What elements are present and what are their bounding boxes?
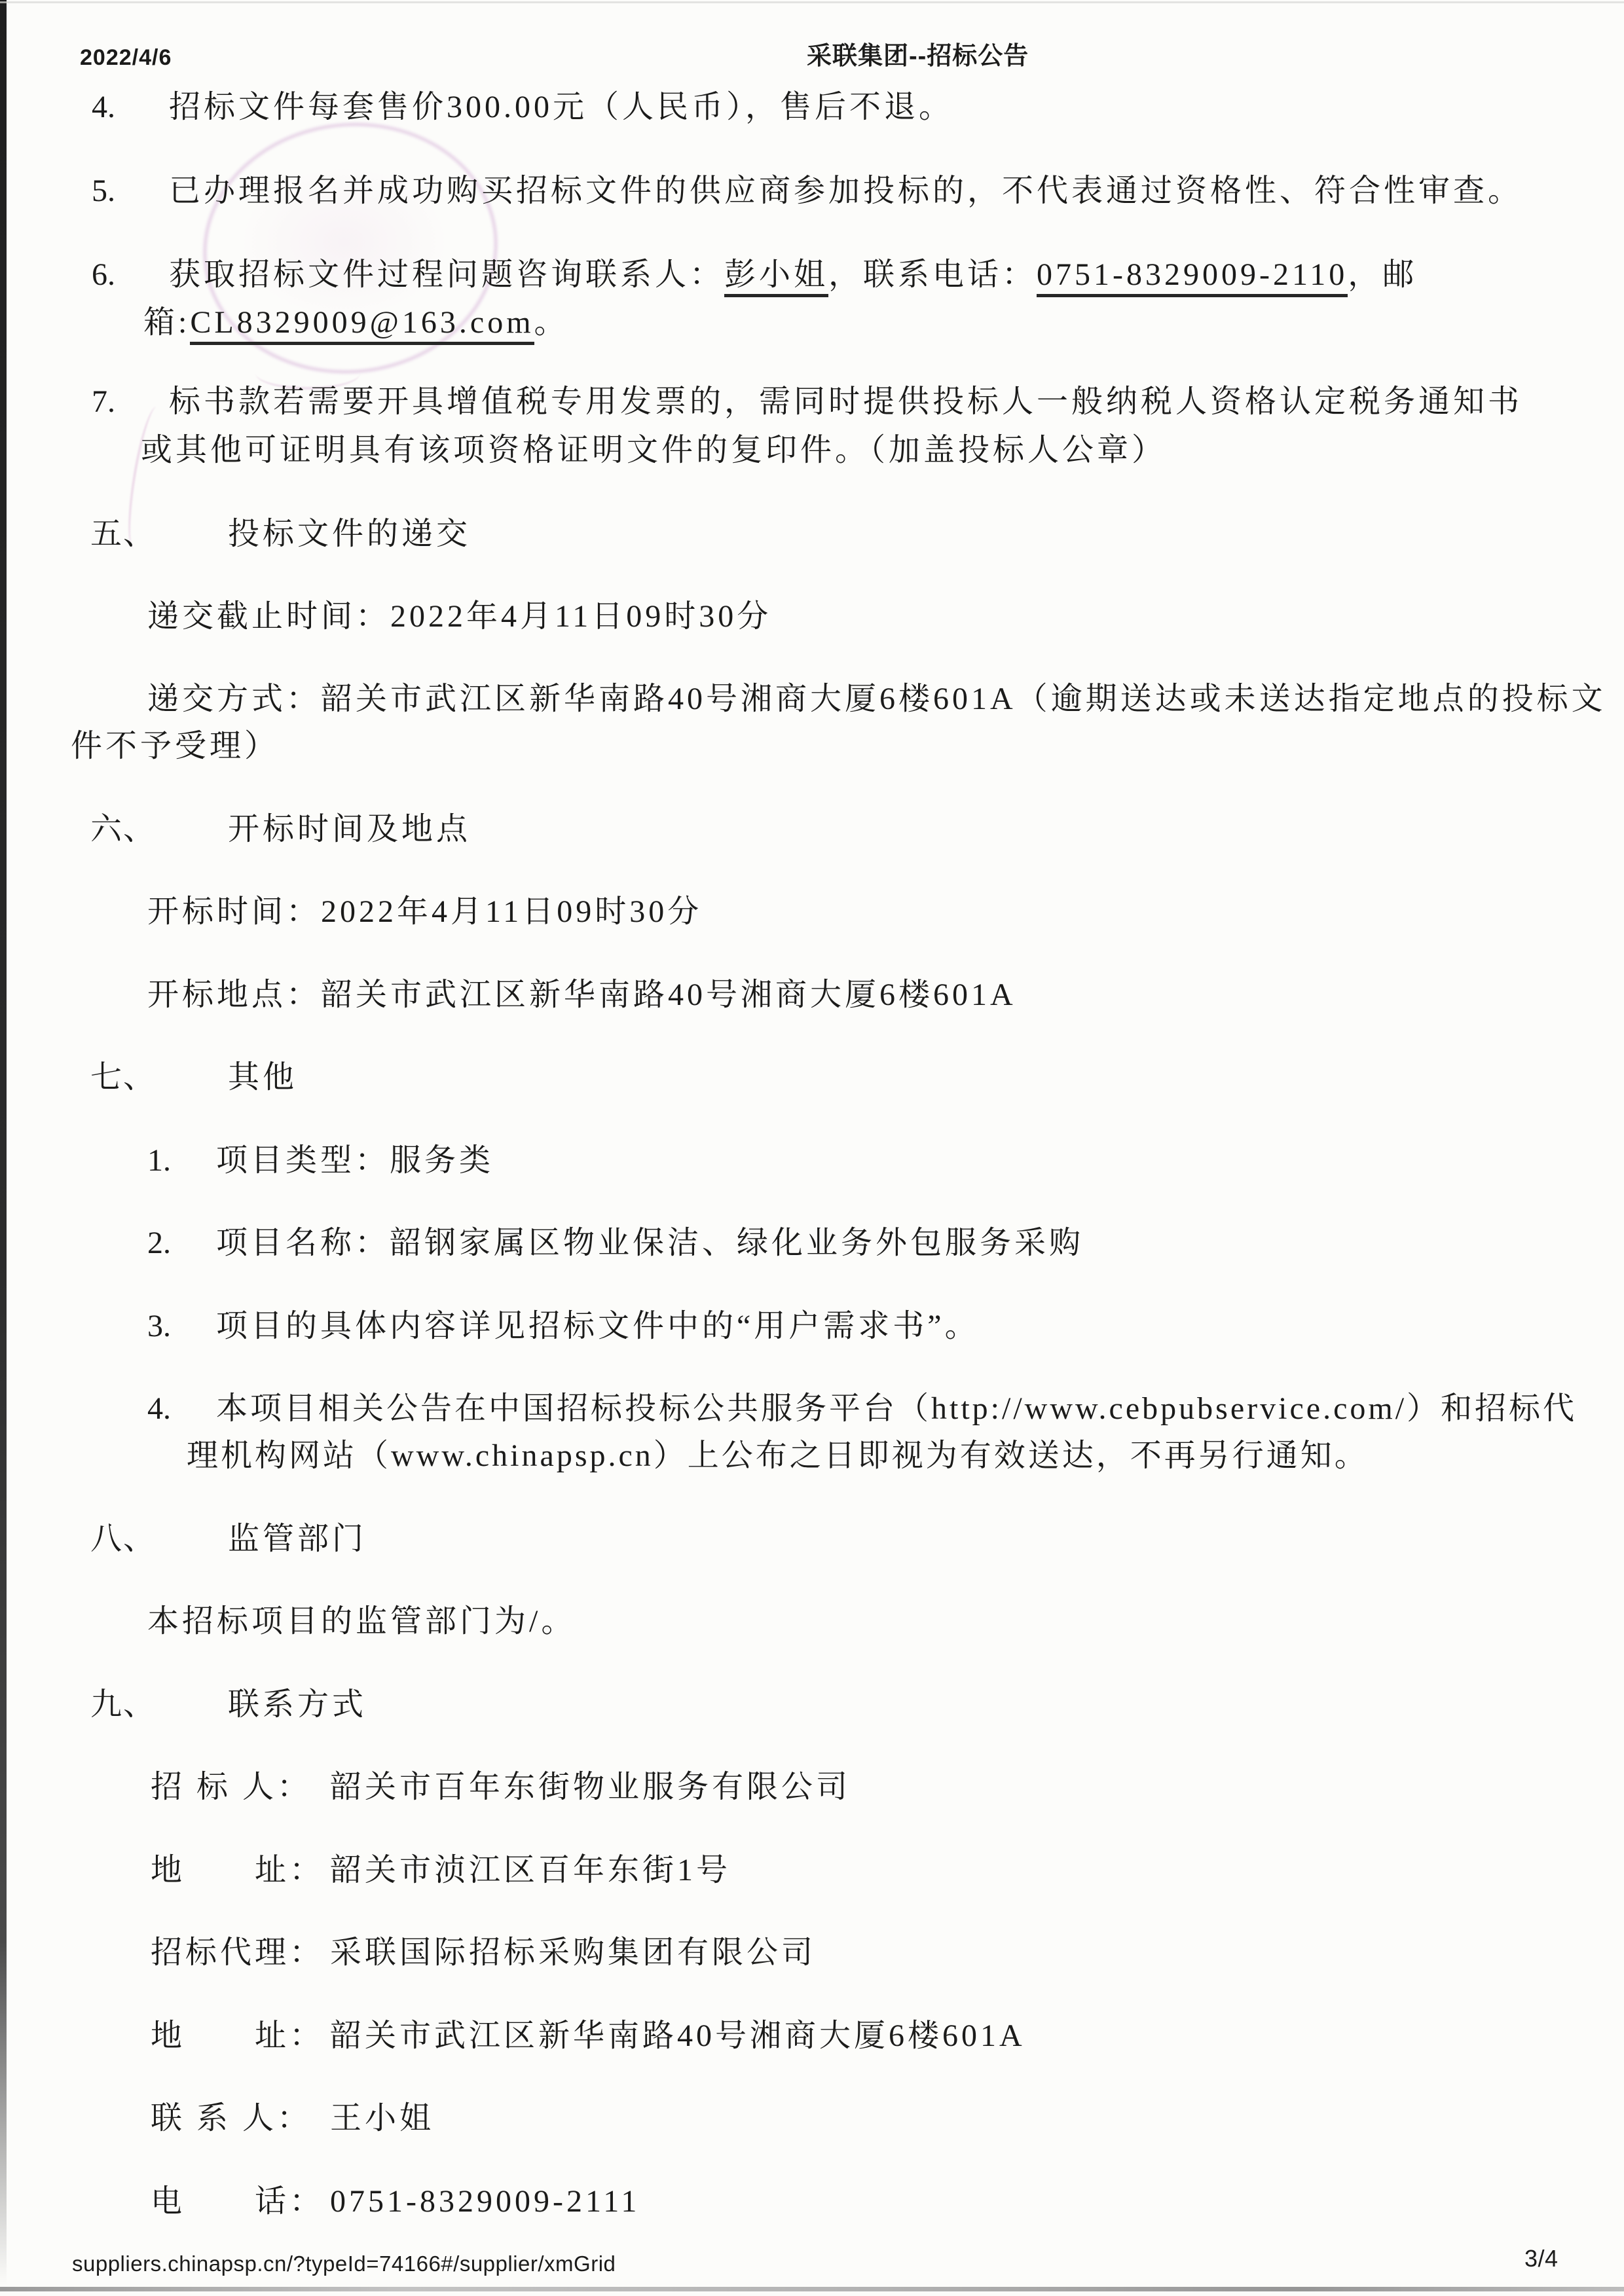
supervising-department-note: 本招标项目的监管部门为/。 bbox=[147, 1602, 576, 1641]
item-text: 项目类型：服务类 bbox=[216, 1143, 494, 1178]
item-text: 招标文件每套售价300.00元（人民币），售后不退。 bbox=[169, 90, 953, 124]
contact-value: 王小姐 bbox=[330, 2101, 434, 2136]
contact-label: 招 标 人： bbox=[151, 1768, 330, 1807]
section-title: 联系方式 bbox=[228, 1687, 367, 1722]
item-number: 3. bbox=[147, 1307, 216, 1346]
submission-method-line-2: 件不予受理） bbox=[71, 727, 279, 766]
contact-value: 采联国际招标采购集团有限公司 bbox=[330, 1935, 816, 1970]
bid-opening-time: 开标时间：2022年4月11日09时30分 bbox=[147, 892, 702, 932]
phone-number-underlined: 0751-8329009-2110 bbox=[1037, 257, 1348, 297]
email-underlined: CL8329009@163.com bbox=[190, 305, 534, 345]
contact-value: 韶关市百年东街物业服务有限公司 bbox=[330, 1770, 851, 1804]
section-title: 监管部门 bbox=[228, 1522, 367, 1556]
contact-row-person: 联 系 人：王小姐 bbox=[151, 2099, 434, 2138]
section-7-heading: 七、其他 bbox=[90, 1058, 297, 1097]
item-text: 。 bbox=[534, 305, 569, 340]
item-text: 已办理报名并成功购买招标文件的供应商参加投标的，不代表通过资格性、符合性审查。 bbox=[169, 173, 1522, 208]
contact-label: 地 址： bbox=[151, 2016, 330, 2056]
item-text: 项目名称：韶钢家属区物业保洁、绿化业务外包服务采购 bbox=[216, 1226, 1084, 1260]
sub-item-4-line-2: 理机构网站（www.chinapsp.cn）上公布之日即视为有效送达，不再另行通… bbox=[187, 1436, 1369, 1476]
note-item-6-line-2: 箱:CL8329009@163.com。 bbox=[143, 303, 569, 342]
note-item-7-line-1: 7.标书款若需要开具增值税专用发票的，需同时提供投标人一般纳税人资格认定税务通知… bbox=[92, 382, 1522, 422]
contact-value: 韶关市武江区新华南路40号湘商大厦6楼601A bbox=[330, 2018, 1025, 2053]
item-number: 4. bbox=[147, 1389, 216, 1429]
submission-deadline: 递交截止时间：2022年4月11日09时30分 bbox=[147, 597, 771, 636]
source-url: suppliers.chinapsp.cn/?typeId=74166#/sup… bbox=[72, 2244, 616, 2284]
contact-row-phone: 电 话：0751-8329009-2111 bbox=[151, 2182, 640, 2221]
item-number: 4. bbox=[92, 88, 169, 127]
item-text: ，联系电话： bbox=[828, 257, 1037, 292]
section-number: 六、 bbox=[90, 810, 228, 849]
section-title: 开标时间及地点 bbox=[228, 812, 471, 847]
contact-value: 韶关市浈江区百年东街1号 bbox=[330, 1853, 731, 1887]
contact-value: 0751-8329009-2111 bbox=[330, 2184, 640, 2219]
item-text: 获取招标文件过程问题咨询联系人： bbox=[169, 257, 724, 292]
contact-row-tenderer-address: 地 址：韶关市浈江区百年东街1号 bbox=[151, 1851, 731, 1890]
contact-row-agency: 招标代理：采联国际招标采购集团有限公司 bbox=[151, 1933, 816, 1973]
item-number: 7. bbox=[92, 382, 169, 422]
contact-label: 地 址： bbox=[151, 1851, 330, 1890]
contact-row-agency-address: 地 址：韶关市武江区新华南路40号湘商大厦6楼601A bbox=[151, 2016, 1025, 2056]
contact-label: 电 话： bbox=[151, 2182, 330, 2221]
print-date: 2022/4/6 bbox=[80, 38, 172, 77]
section-6-heading: 六、开标时间及地点 bbox=[90, 810, 471, 849]
item-text: ，邮 bbox=[1348, 257, 1417, 292]
section-9-heading: 九、联系方式 bbox=[90, 1685, 367, 1724]
item-text: 标书款若需要开具增值税专用发票的，需同时提供投标人一般纳税人资格认定税务通知书 bbox=[169, 384, 1522, 419]
section-title: 投标文件的递交 bbox=[228, 517, 471, 551]
section-number: 七、 bbox=[90, 1058, 228, 1097]
item-number: 1. bbox=[147, 1141, 216, 1180]
item-text: 项目的具体内容详见招标文件中的“用户需求书”。 bbox=[216, 1309, 980, 1343]
section-5-heading: 五、投标文件的递交 bbox=[90, 515, 471, 554]
item-number: 6. bbox=[92, 255, 169, 295]
section-title: 其他 bbox=[228, 1060, 297, 1095]
section-8-heading: 八、监管部门 bbox=[90, 1520, 367, 1559]
bid-opening-place: 开标地点：韶关市武江区新华南路40号湘商大厦6楼601A bbox=[147, 975, 1016, 1015]
sub-item-4-line-1: 4.本项目相关公告在中国招标投标公共服务平台（http://www.cebpub… bbox=[147, 1389, 1577, 1429]
submission-method-line-1: 递交方式：韶关市武江区新华南路40号湘商大厦6楼601A（逾期送达或未送达指定地… bbox=[147, 680, 1606, 719]
scanner-edge-bottom bbox=[0, 2287, 1624, 2291]
note-item-7-line-2: 或其他可证明具有该项资格证明文件的复印件。（加盖投标人公章） bbox=[141, 431, 1166, 470]
note-item-4: 4.招标文件每套售价300.00元（人民币），售后不退。 bbox=[92, 88, 953, 127]
scanner-edge-top bbox=[0, 1, 1624, 3]
contact-label: 招标代理： bbox=[151, 1933, 330, 1973]
scanner-edge-left bbox=[0, 0, 7, 2285]
item-number: 2. bbox=[147, 1224, 216, 1263]
contact-row-tenderer: 招 标 人：韶关市百年东街物业服务有限公司 bbox=[151, 1768, 851, 1807]
document-title: 采联集团--招标公告 bbox=[807, 37, 1029, 76]
sub-item-2: 2.项目名称：韶钢家属区物业保洁、绿化业务外包服务采购 bbox=[147, 1224, 1084, 1263]
section-number: 五、 bbox=[90, 515, 228, 554]
item-number: 5. bbox=[92, 172, 169, 211]
sub-item-1: 1.项目类型：服务类 bbox=[147, 1141, 494, 1180]
section-number: 九、 bbox=[90, 1685, 228, 1724]
contact-label: 联 系 人： bbox=[151, 2099, 330, 2138]
item-text: 箱: bbox=[143, 305, 190, 340]
sub-item-3: 3.项目的具体内容详见招标文件中的“用户需求书”。 bbox=[147, 1307, 980, 1346]
item-text: 本项目相关公告在中国招标投标公共服务平台（http://www.cebpubse… bbox=[216, 1391, 1577, 1426]
section-number: 八、 bbox=[90, 1520, 228, 1559]
note-item-6-line-1: 6.获取招标文件过程问题咨询联系人：彭小姐，联系电话：0751-8329009-… bbox=[92, 255, 1417, 295]
contact-name-underlined: 彭小姐 bbox=[724, 257, 828, 297]
scanned-document-page: 2022/4/6 采联集团--招标公告 4.招标文件每套售价300.00元（人民… bbox=[0, 0, 1624, 2296]
note-item-5: 5.已办理报名并成功购买招标文件的供应商参加投标的，不代表通过资格性、符合性审查… bbox=[92, 172, 1522, 211]
page-indicator: 3/4 bbox=[1524, 2239, 1559, 2278]
